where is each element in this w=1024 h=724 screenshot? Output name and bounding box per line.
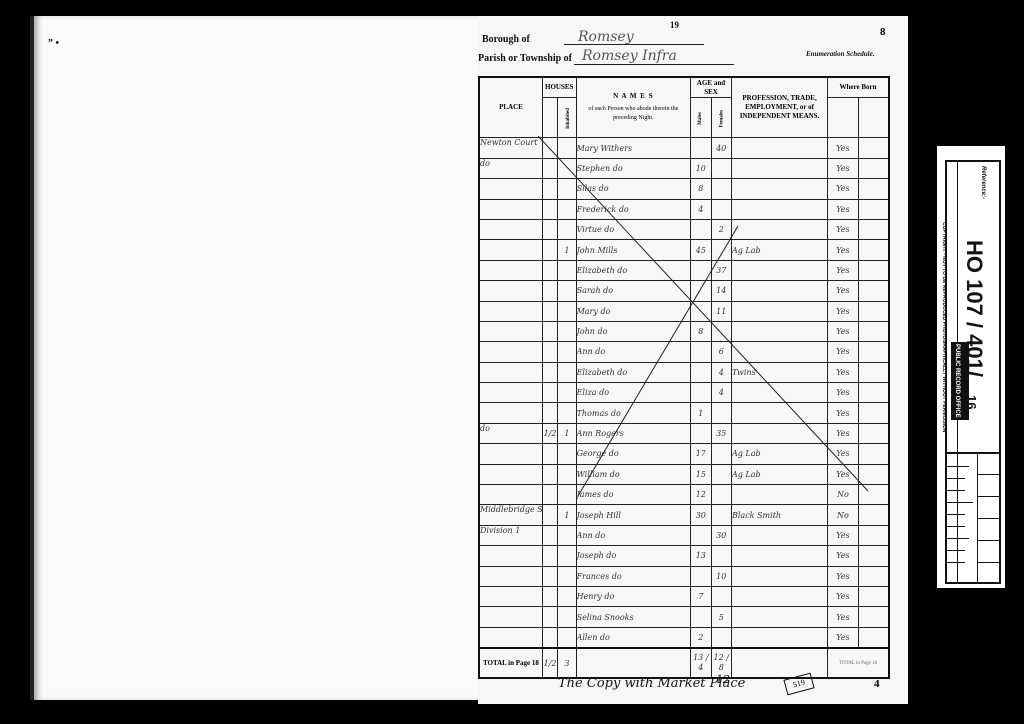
row-male-age bbox=[691, 525, 711, 545]
row-born-same-county: Yes bbox=[828, 607, 859, 627]
row-born-elsewhere bbox=[858, 260, 889, 280]
row-name: Mary Withers bbox=[576, 138, 691, 158]
row-female-age: 5 bbox=[711, 607, 731, 627]
total-males: 13 / 4 bbox=[691, 648, 711, 678]
row-place bbox=[479, 362, 542, 382]
row-inhabited bbox=[558, 485, 576, 505]
row-name: Joseph do bbox=[576, 546, 691, 566]
row-uninhabited bbox=[542, 485, 557, 505]
row-uninhabited bbox=[542, 546, 557, 566]
row-name: Ann do bbox=[576, 342, 691, 362]
row-profession: Ag Lab bbox=[731, 240, 827, 260]
row-profession bbox=[731, 546, 827, 566]
row-born-same-county: No bbox=[828, 505, 859, 525]
row-born-same-county: Yes bbox=[828, 525, 859, 545]
row-name: Frances do bbox=[576, 566, 691, 586]
row-born-elsewhere bbox=[858, 444, 889, 464]
row-uninhabited bbox=[542, 260, 557, 280]
census-row: Frances do10Yes bbox=[479, 566, 889, 586]
row-male-age: 4 bbox=[691, 199, 711, 219]
row-profession bbox=[731, 219, 827, 239]
row-inhabited bbox=[558, 342, 576, 362]
row-male-age bbox=[691, 281, 711, 301]
row-uninhabited bbox=[542, 362, 557, 382]
row-female-age bbox=[711, 321, 731, 341]
row-male-age bbox=[691, 219, 711, 239]
census-row: Henry do7Yes bbox=[479, 586, 889, 606]
row-born-elsewhere bbox=[858, 383, 889, 403]
row-uninhabited bbox=[542, 525, 557, 545]
row-male-age: 13 bbox=[691, 546, 711, 566]
row-born-same-county: Yes bbox=[828, 362, 859, 382]
row-profession bbox=[731, 383, 827, 403]
row-uninhabited bbox=[542, 403, 557, 423]
row-uninhabited bbox=[542, 383, 557, 403]
row-born-elsewhere bbox=[858, 403, 889, 423]
row-inhabited bbox=[558, 444, 576, 464]
row-female-age: 4 bbox=[711, 383, 731, 403]
row-male-age bbox=[691, 607, 711, 627]
row-inhabited bbox=[558, 525, 576, 545]
col-where-born: Where Born bbox=[828, 77, 889, 98]
col-names: N A M E S of each Person who abode there… bbox=[576, 77, 691, 138]
row-male-age: 10 bbox=[691, 158, 711, 178]
census-row: Joseph do13Yes bbox=[479, 546, 889, 566]
row-female-age bbox=[711, 505, 731, 525]
footer-number: 12 bbox=[716, 673, 730, 686]
row-born-elsewhere bbox=[858, 546, 889, 566]
row-profession bbox=[731, 199, 827, 219]
row-inhabited bbox=[558, 566, 576, 586]
row-female-age: 6 bbox=[711, 342, 731, 362]
row-profession bbox=[731, 321, 827, 341]
row-profession bbox=[731, 281, 827, 301]
total-label: TOTAL in Page 18 bbox=[479, 648, 542, 678]
row-inhabited bbox=[558, 219, 576, 239]
row-born-same-county: Yes bbox=[828, 546, 859, 566]
row-inhabited bbox=[558, 260, 576, 280]
col-age-sex: AGE and SEX bbox=[691, 77, 732, 98]
row-born-same-county: Yes bbox=[828, 627, 859, 648]
census-row: do1/21Ann Rogers35Yes bbox=[479, 423, 889, 443]
census-row: Elizabeth do37Yes bbox=[479, 260, 889, 280]
row-name: Frederick do bbox=[576, 199, 691, 219]
row-profession bbox=[731, 403, 827, 423]
row-uninhabited bbox=[542, 179, 557, 199]
row-profession bbox=[731, 586, 827, 606]
row-name: George do bbox=[576, 444, 691, 464]
row-inhabited bbox=[558, 403, 576, 423]
row-female-age bbox=[711, 199, 731, 219]
row-uninhabited bbox=[542, 219, 557, 239]
row-name: Henry do bbox=[576, 586, 691, 606]
row-female-age: 14 bbox=[711, 281, 731, 301]
row-place bbox=[479, 607, 542, 627]
row-place bbox=[479, 464, 542, 484]
row-born-same-county: Yes bbox=[828, 566, 859, 586]
row-profession bbox=[731, 627, 827, 648]
census-row: Frederick do4Yes bbox=[479, 199, 889, 219]
census-row: Selina Snooks5Yes bbox=[479, 607, 889, 627]
col-houses: HOUSES bbox=[542, 77, 576, 98]
row-inhabited bbox=[558, 138, 576, 158]
row-uninhabited bbox=[542, 444, 557, 464]
row-name: Virtue do bbox=[576, 219, 691, 239]
row-inhabited: 1 bbox=[558, 240, 576, 260]
row-female-age: 30 bbox=[711, 525, 731, 545]
row-uninhabited bbox=[542, 566, 557, 586]
row-female-age: 11 bbox=[711, 301, 731, 321]
row-uninhabited bbox=[542, 607, 557, 627]
census-row: 1John Mills45Ag LabYes bbox=[479, 240, 889, 260]
row-place: Newton Court bbox=[479, 138, 542, 158]
row-born-elsewhere bbox=[858, 179, 889, 199]
row-born-elsewhere bbox=[858, 281, 889, 301]
row-male-age: 15 bbox=[691, 464, 711, 484]
row-name: Ann Rogers bbox=[576, 423, 691, 443]
row-female-age bbox=[711, 403, 731, 423]
census-row: Division 1Ann do30Yes bbox=[479, 525, 889, 545]
row-profession bbox=[731, 342, 827, 362]
row-born-same-county: Yes bbox=[828, 260, 859, 280]
row-born-same-county: Yes bbox=[828, 301, 859, 321]
folio-number: 8 bbox=[880, 26, 886, 38]
total-row: TOTAL in Page 18 1/2 3 13 / 4 12 / 8 TOT… bbox=[479, 648, 889, 678]
row-male-age: 45 bbox=[691, 240, 711, 260]
row-place bbox=[479, 485, 542, 505]
row-born-same-county: Yes bbox=[828, 383, 859, 403]
row-profession bbox=[731, 423, 827, 443]
row-born-same-county: Yes bbox=[828, 444, 859, 464]
row-inhabited bbox=[558, 362, 576, 382]
col-females: Females bbox=[711, 98, 731, 138]
names-title: N A M E S bbox=[577, 92, 691, 101]
row-uninhabited bbox=[542, 464, 557, 484]
row-born-same-county: Yes bbox=[828, 321, 859, 341]
row-male-age: 8 bbox=[691, 179, 711, 199]
row-uninhabited bbox=[542, 301, 557, 321]
page-number: 19 bbox=[670, 20, 679, 30]
schedule-label: Enumeration Schedule. bbox=[806, 50, 874, 58]
row-place bbox=[479, 546, 542, 566]
row-male-age bbox=[691, 423, 711, 443]
row-name: John Mills bbox=[576, 240, 691, 260]
col-profession: PROFESSION, TRADE, EMPLOYMENT, or of IND… bbox=[731, 77, 827, 138]
row-born-elsewhere bbox=[858, 423, 889, 443]
row-name: Stephen do bbox=[576, 158, 691, 178]
row-name: Eliza do bbox=[576, 383, 691, 403]
row-female-age bbox=[711, 240, 731, 260]
row-born-same-county: Yes bbox=[828, 281, 859, 301]
row-male-age: 12 bbox=[691, 485, 711, 505]
row-male-age: 7 bbox=[691, 586, 711, 606]
census-row: Silas do8Yes bbox=[479, 179, 889, 199]
row-born-elsewhere bbox=[858, 301, 889, 321]
row-born-same-county: No bbox=[828, 485, 859, 505]
col-males: Males bbox=[691, 98, 711, 138]
row-uninhabited bbox=[542, 199, 557, 219]
col-place: PLACE bbox=[479, 77, 542, 138]
census-row: Newton CourtMary Withers40Yes bbox=[479, 138, 889, 158]
row-born-elsewhere bbox=[858, 158, 889, 178]
row-female-age bbox=[711, 444, 731, 464]
row-inhabited bbox=[558, 199, 576, 219]
row-name: William do bbox=[576, 464, 691, 484]
row-male-age: 1 bbox=[691, 403, 711, 423]
row-born-elsewhere bbox=[858, 627, 889, 648]
row-male-age bbox=[691, 383, 711, 403]
row-born-elsewhere bbox=[858, 485, 889, 505]
corner-mark: ” • bbox=[48, 38, 59, 49]
row-inhabited bbox=[558, 158, 576, 178]
row-female-age bbox=[711, 158, 731, 178]
total-uninhabited: 1/2 bbox=[542, 648, 557, 678]
census-table: PLACE HOUSES N A M E S of each Person wh… bbox=[478, 76, 890, 679]
row-inhabited bbox=[558, 179, 576, 199]
row-female-age: 2 bbox=[711, 219, 731, 239]
row-born-same-county: Yes bbox=[828, 342, 859, 362]
row-place bbox=[479, 383, 542, 403]
census-row: Virtue do2Yes bbox=[479, 219, 889, 239]
row-profession bbox=[731, 179, 827, 199]
row-inhabited bbox=[558, 281, 576, 301]
census-row: Ann do6Yes bbox=[479, 342, 889, 362]
row-born-same-county: Yes bbox=[828, 464, 859, 484]
col-born-elsewhere: Whether Born in Scotland, Ireland, or Fo… bbox=[858, 98, 889, 138]
row-female-age bbox=[711, 627, 731, 648]
row-profession: Black Smith bbox=[731, 505, 827, 525]
row-profession bbox=[731, 525, 827, 545]
row-born-same-county: Yes bbox=[828, 219, 859, 239]
row-name: Silas do bbox=[576, 179, 691, 199]
row-name: James do bbox=[576, 485, 691, 505]
row-born-elsewhere bbox=[858, 586, 889, 606]
row-born-same-county: Yes bbox=[828, 240, 859, 260]
row-name: Elizabeth do bbox=[576, 362, 691, 382]
scale-ruler bbox=[947, 452, 999, 582]
row-female-age: 40 bbox=[711, 138, 731, 158]
row-profession: Ag Lab bbox=[731, 444, 827, 464]
row-place bbox=[479, 240, 542, 260]
row-place bbox=[479, 566, 542, 586]
census-row: Sarah do14Yes bbox=[479, 281, 889, 301]
borough-value: Romsey bbox=[578, 29, 634, 45]
names-subtitle: of each Person who abode therein the pre… bbox=[577, 105, 691, 123]
reference-label: Reference:- HO 107 / 401/ 16 PUBLIC RECO… bbox=[937, 146, 1005, 588]
row-place: Middlebridge Street bbox=[479, 505, 542, 525]
row-born-elsewhere bbox=[858, 138, 889, 158]
census-row: Elizabeth do4TwinsYes bbox=[479, 362, 889, 382]
row-profession bbox=[731, 158, 827, 178]
row-inhabited bbox=[558, 546, 576, 566]
row-place bbox=[479, 219, 542, 239]
row-uninhabited: 1/2 bbox=[542, 423, 557, 443]
row-place bbox=[479, 301, 542, 321]
row-uninhabited bbox=[542, 321, 557, 341]
row-name: Ann do bbox=[576, 525, 691, 545]
row-born-elsewhere bbox=[858, 219, 889, 239]
row-inhabited bbox=[558, 321, 576, 341]
copyright-notice: COPYRIGHT - NOT TO BE REPRODUCED PHOTOGR… bbox=[941, 222, 947, 432]
row-place bbox=[479, 403, 542, 423]
row-born-elsewhere bbox=[858, 525, 889, 545]
left-blank-page: ” • bbox=[30, 16, 480, 700]
row-name: Thomas do bbox=[576, 403, 691, 423]
reference-caption: Reference:- bbox=[980, 166, 986, 199]
total-right-box: TOTAL in Page 18 bbox=[828, 648, 889, 678]
row-inhabited bbox=[558, 607, 576, 627]
row-born-elsewhere bbox=[858, 199, 889, 219]
row-uninhabited bbox=[542, 281, 557, 301]
row-born-same-county: Yes bbox=[828, 423, 859, 443]
row-name: Allen do bbox=[576, 627, 691, 648]
row-female-age bbox=[711, 179, 731, 199]
row-profession bbox=[731, 260, 827, 280]
row-profession bbox=[731, 138, 827, 158]
row-inhabited bbox=[558, 464, 576, 484]
row-name: Elizabeth do bbox=[576, 260, 691, 280]
row-name: Sarah do bbox=[576, 281, 691, 301]
parish-value: Romsey Infra bbox=[582, 48, 677, 64]
row-inhabited bbox=[558, 627, 576, 648]
row-born-elsewhere bbox=[858, 342, 889, 362]
row-born-elsewhere bbox=[858, 240, 889, 260]
row-uninhabited bbox=[542, 240, 557, 260]
row-name: Joseph Hill bbox=[576, 505, 691, 525]
col-uninhabited: Uninhabited or Building bbox=[542, 98, 557, 138]
row-female-age: 4 bbox=[711, 362, 731, 382]
row-female-age bbox=[711, 546, 731, 566]
row-born-elsewhere bbox=[858, 566, 889, 586]
row-inhabited bbox=[558, 586, 576, 606]
row-profession bbox=[731, 607, 827, 627]
row-place: do bbox=[479, 423, 542, 443]
census-row: William do15Ag LabYes bbox=[479, 464, 889, 484]
row-inhabited bbox=[558, 301, 576, 321]
col-inhabited: Inhabited bbox=[558, 98, 576, 138]
row-place bbox=[479, 321, 542, 341]
census-row: John do8Yes bbox=[479, 321, 889, 341]
row-female-age bbox=[711, 485, 731, 505]
col-born-same-county: Whether Born in same County bbox=[828, 98, 859, 138]
row-born-elsewhere bbox=[858, 321, 889, 341]
row-uninhabited bbox=[542, 342, 557, 362]
row-female-age: 37 bbox=[711, 260, 731, 280]
row-inhabited bbox=[558, 383, 576, 403]
row-born-elsewhere bbox=[858, 362, 889, 382]
row-profession bbox=[731, 485, 827, 505]
row-uninhabited bbox=[542, 138, 557, 158]
row-uninhabited bbox=[542, 586, 557, 606]
row-inhabited: 1 bbox=[558, 505, 576, 525]
row-born-elsewhere bbox=[858, 464, 889, 484]
row-inhabited: 1 bbox=[558, 423, 576, 443]
row-profession: Twins bbox=[731, 362, 827, 382]
census-row: Thomas do1Yes bbox=[479, 403, 889, 423]
row-place bbox=[479, 586, 542, 606]
row-born-elsewhere bbox=[858, 607, 889, 627]
row-born-same-county: Yes bbox=[828, 586, 859, 606]
census-row: Middlebridge Street1Joseph Hill30Black S… bbox=[479, 505, 889, 525]
census-row: George do17Ag LabYes bbox=[479, 444, 889, 464]
row-place bbox=[479, 342, 542, 362]
row-male-age bbox=[691, 566, 711, 586]
row-male-age: 17 bbox=[691, 444, 711, 464]
row-born-same-county: Yes bbox=[828, 403, 859, 423]
row-profession: Ag Lab bbox=[731, 464, 827, 484]
row-female-age bbox=[711, 586, 731, 606]
row-born-elsewhere bbox=[858, 505, 889, 525]
census-row: Mary do11Yes bbox=[479, 301, 889, 321]
row-born-same-county: Yes bbox=[828, 179, 859, 199]
row-place bbox=[479, 444, 542, 464]
row-female-age: 35 bbox=[711, 423, 731, 443]
row-male-age bbox=[691, 260, 711, 280]
census-page: 19 8 Borough of Romsey Parish or Townshi… bbox=[478, 16, 908, 704]
row-male-age: 30 bbox=[691, 505, 711, 525]
row-born-same-county: Yes bbox=[828, 138, 859, 158]
census-row: James do12No bbox=[479, 485, 889, 505]
borough-label: Borough of bbox=[482, 34, 530, 45]
census-row: doStephen do10Yes bbox=[479, 158, 889, 178]
row-profession bbox=[731, 301, 827, 321]
row-male-age bbox=[691, 362, 711, 382]
row-place: do bbox=[479, 158, 542, 178]
row-male-age bbox=[691, 301, 711, 321]
census-row: Allen do2Yes bbox=[479, 627, 889, 648]
row-uninhabited bbox=[542, 505, 557, 525]
row-male-age: 8 bbox=[691, 321, 711, 341]
row-uninhabited bbox=[542, 158, 557, 178]
row-male-age bbox=[691, 342, 711, 362]
row-uninhabited bbox=[542, 627, 557, 648]
row-place bbox=[479, 179, 542, 199]
row-place bbox=[479, 199, 542, 219]
row-male-age bbox=[691, 138, 711, 158]
row-profession bbox=[731, 566, 827, 586]
total-inhabited: 3 bbox=[558, 648, 576, 678]
row-place bbox=[479, 260, 542, 280]
row-place: Division 1 bbox=[479, 525, 542, 545]
row-name: Selina Snooks bbox=[576, 607, 691, 627]
census-row: Eliza do4Yes bbox=[479, 383, 889, 403]
corner-number: 4 bbox=[874, 678, 880, 690]
row-place bbox=[479, 281, 542, 301]
row-female-age bbox=[711, 464, 731, 484]
row-born-same-county: Yes bbox=[828, 158, 859, 178]
row-place bbox=[479, 627, 542, 648]
row-female-age: 10 bbox=[711, 566, 731, 586]
row-name: John do bbox=[576, 321, 691, 341]
row-male-age: 2 bbox=[691, 627, 711, 648]
row-name: Mary do bbox=[576, 301, 691, 321]
row-born-same-county: Yes bbox=[828, 199, 859, 219]
parish-label: Parish or Township of bbox=[478, 53, 572, 64]
